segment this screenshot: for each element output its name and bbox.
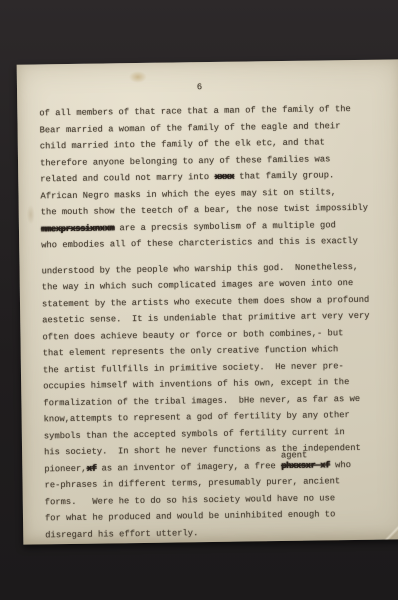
typescript-text: child married into the family of the elk… <box>40 137 325 151</box>
typescript-text: who <box>330 460 351 470</box>
typescript-text: the artist fullfills in primitive societ… <box>43 361 344 375</box>
typescript-text: as an inventor of imagery, a free <box>96 461 281 474</box>
typescript-text: African Negro masks in which the eyes ma… <box>40 187 336 201</box>
typescript-text: often does achieve beauty or force or bo… <box>42 328 343 342</box>
typescript-text: disregard his effort utterly. <box>45 528 198 540</box>
typescript-text: the mouth show the teetch of a bear, the… <box>41 203 368 218</box>
typescript-text: of all members of that race that a man o… <box>39 104 351 118</box>
typescript-line: who embodies all of these charcteristics… <box>41 233 381 254</box>
paper-smudge <box>27 204 35 224</box>
typescript-text: who embodies all of these charcteristics… <box>41 236 358 250</box>
typescript-text: re-phrases in different terms, presumabl… <box>44 476 340 490</box>
typescript-text: know,attempts to represent a god of fert… <box>44 410 350 424</box>
typescript-text: Bear married a woman of the family of th… <box>40 121 341 135</box>
typescript-paragraph-2: understood by the people who warship thi… <box>41 258 385 543</box>
struck-out-word: xf <box>86 463 96 473</box>
typescript-text: therefore anyone belonging to any of the… <box>40 154 330 168</box>
typescript-paragraph-1: of all members of that race that a man o… <box>39 101 381 254</box>
struck-out-word: xxxx <box>214 172 234 182</box>
typescript-text: his society. In short he never functions… <box>44 443 361 457</box>
typescript-text: pioneer, <box>44 463 86 474</box>
typescript-text: the way in which such complicated images… <box>42 278 354 292</box>
inserted-word: agent <box>281 447 308 464</box>
typescript-text: that family group. <box>234 170 334 181</box>
typescript-text: occupies himself with inventions of his … <box>43 377 349 391</box>
typescript-text: for what he produced and would be uninhi… <box>45 509 335 523</box>
typescript-line: disregard his effort utterly. <box>45 522 385 543</box>
typescript: 6 of all members of that race that a man… <box>39 77 385 544</box>
typescript-text: that element represents the only creativ… <box>43 344 339 358</box>
typescript-text: statement by the artists who execute the… <box>42 294 369 309</box>
typescript-text: symbols than the accepted symbols of fer… <box>44 427 345 441</box>
typescript-text: aestetic sense. It is undeniable that pr… <box>42 311 369 326</box>
paper-sheet: 6 of all members of that race that a man… <box>17 59 398 544</box>
typescript-text: related and could not marry into <box>40 172 214 184</box>
typescript-text: formalization of the tribal images. bHe … <box>43 393 360 407</box>
photo-background: 6 of all members of that race that a man… <box>0 0 398 600</box>
typescript-text: forms. Were he to do so his society woul… <box>45 493 335 507</box>
typescript-text: are a precsis symbolism of a multiple go… <box>114 220 336 233</box>
struck-out-word: mmexprxssixnxxm <box>41 223 114 234</box>
page-number: 6 <box>39 77 361 97</box>
typescript-text: understood by the people who warship thi… <box>41 261 358 275</box>
